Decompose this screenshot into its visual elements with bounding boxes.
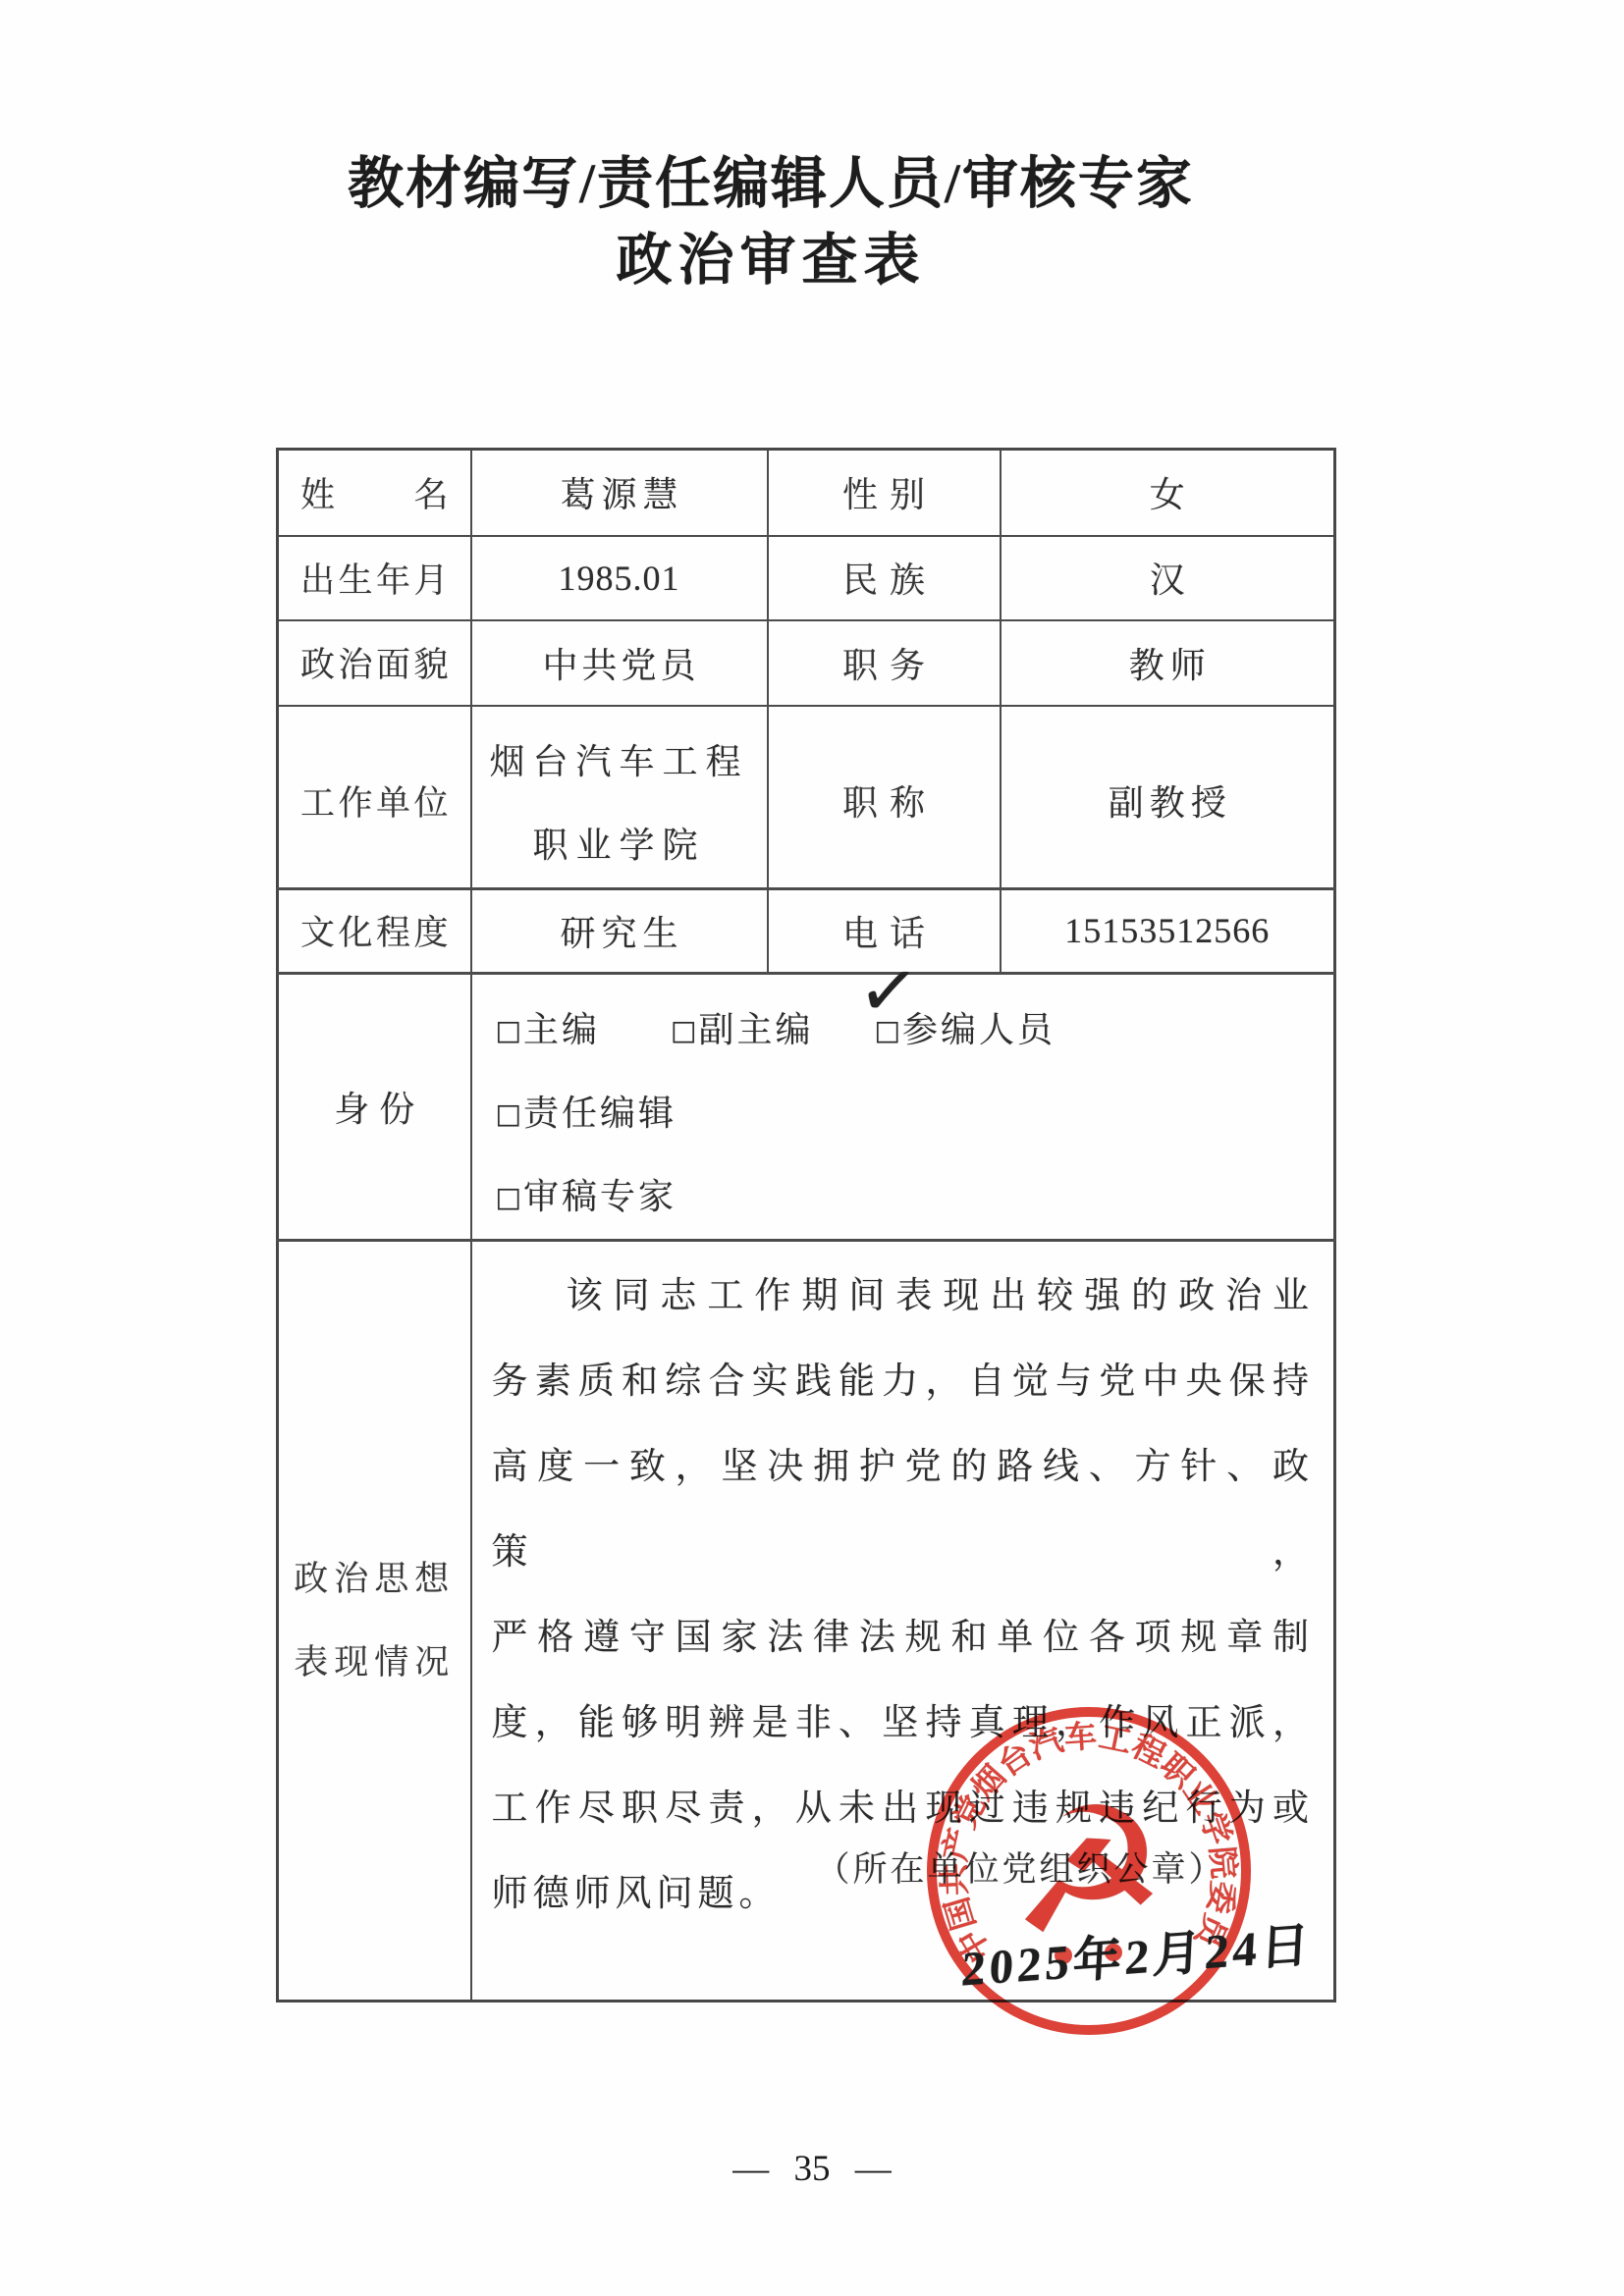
- field-label-name: 姓名: [279, 468, 470, 517]
- field-value-birthdate: 1985.01: [471, 536, 768, 620]
- table-row: 文化程度 研究生 电话 15153512566: [278, 888, 1335, 973]
- checkbox-option-chief-editor: □主编: [496, 988, 600, 1074]
- identity-options: □主编 □副主编 □✓参编人员 □责任编辑 □审稿专家: [471, 973, 1335, 1240]
- evaluation-row: 政治思想 表现情况 该同志工作期间表现出较强的政治业 务素质和综合实践能力，自觉…: [278, 1240, 1335, 2001]
- checkbox-option-deputy-editor: □副主编: [671, 988, 813, 1074]
- field-label-work-unit: 工作单位: [279, 762, 470, 845]
- field-value-name: 葛源慧: [471, 450, 768, 536]
- evaluation-content: 该同志工作期间表现出较强的政治业 务素质和综合实践能力，自觉与党中央保持 高度一…: [472, 1242, 1334, 2000]
- checkbox-icon: □: [496, 1072, 521, 1155]
- title-line-1: 教材编写/责任编辑人员/审核专家: [241, 149, 1301, 220]
- field-label-education: 文化程度: [279, 906, 470, 955]
- table-row: 出生年月 1985.01 民族 汉: [278, 536, 1335, 620]
- evaluation-line: 该同志工作期间表现出较强的政治业: [492, 1254, 1315, 1339]
- field-value-title: 副教授: [1007, 762, 1334, 845]
- checkbox-option-review-expert: □审稿专家: [496, 1155, 677, 1241]
- official-seal-stamp: 中国共产党烟台汽车工程职业学院委员会 ☭: [891, 1671, 1287, 2071]
- checkbox-icon: □: [496, 988, 521, 1072]
- scanned-form-page: 教材编写/责任编辑人员/审核专家 政治审查表 姓名 葛源慧 性别 女 出生年月 …: [0, 0, 1624, 2296]
- field-label-position: 职务: [768, 620, 1001, 706]
- field-label-ethnicity: 民族: [768, 536, 1001, 620]
- identity-line-3: □审稿专家: [496, 1155, 1334, 1239]
- evaluation-line: 务素质和综合实践能力，自觉与党中央保持: [492, 1339, 1315, 1424]
- field-label-evaluation: 政治思想 表现情况: [278, 1240, 471, 2001]
- evaluation-label-line-1: 政治思想: [279, 1537, 470, 1621]
- field-value-education: 研究生: [471, 888, 768, 973]
- work-unit-line-1: 烟台汽车工程: [472, 721, 767, 804]
- identity-line-2: □责任编辑: [496, 1072, 1334, 1155]
- evaluation-label-line-2: 表现情况: [279, 1621, 470, 1704]
- title-line-2: 政治审查表: [241, 226, 1301, 296]
- field-label-political-status: 政治面貌: [279, 638, 470, 687]
- evaluation-line: 高度一致，坚决拥护党的路线、方针、政策，: [492, 1424, 1315, 1595]
- option-label: 参编人员: [902, 1010, 1056, 1049]
- page-number: — 35 —: [0, 2148, 1624, 2190]
- field-value-ethnicity: 汉: [1001, 536, 1335, 620]
- field-value-political-status: 中共党员: [471, 620, 768, 706]
- checkbox-icon: □: [671, 988, 696, 1072]
- work-unit-line-2: 职业学院: [472, 804, 767, 887]
- field-value-position: 教师: [1001, 620, 1335, 706]
- identity-row: 身份 □主编 □副主编 □✓参编人员 □责任编辑 □审稿专家: [278, 973, 1335, 1240]
- option-label: 副主编: [698, 1010, 813, 1049]
- field-value-gender: 女: [1001, 450, 1335, 536]
- field-label-birthdate: 出生年月: [279, 554, 470, 603]
- review-form-table: 姓名 葛源慧 性别 女 出生年月 1985.01 民族 汉 政治面貌 中共党员 …: [276, 448, 1336, 2002]
- checkbox-option-responsible-editor: □责任编辑: [496, 1072, 677, 1157]
- checkbox-icon: □: [496, 1155, 521, 1239]
- table-row: 姓名 葛源慧 性别 女: [278, 450, 1335, 536]
- field-label-phone: 电话: [768, 888, 1001, 973]
- option-label: 主编: [523, 1010, 600, 1049]
- option-label: 责任编辑: [523, 1094, 677, 1133]
- identity-line-1: □主编 □副主编 □✓参编人员: [496, 988, 1334, 1072]
- field-label-title: 职称: [781, 762, 1000, 845]
- checkbox-icon: □: [874, 988, 899, 1072]
- field-value-work-unit: 烟台汽车工程 职业学院: [471, 706, 768, 889]
- option-label: 审稿专家: [523, 1177, 677, 1216]
- table-row: 工作单位 烟台汽车工程 职业学院 职称 副教授: [278, 706, 1335, 889]
- checkbox-option-contributor: □✓参编人员: [874, 988, 1055, 1074]
- field-label-identity: 身份: [278, 973, 471, 1240]
- table-row: 政治面貌 中共党员 职务 教师: [278, 620, 1335, 706]
- field-label-gender: 性别: [768, 450, 1001, 536]
- evaluation-line: 严格遵守国家法律法规和单位各项规章制: [492, 1595, 1315, 1681]
- field-value-phone: 15153512566: [1001, 888, 1335, 973]
- document-title: 教材编写/责任编辑人员/审核专家 政治审查表: [241, 149, 1301, 296]
